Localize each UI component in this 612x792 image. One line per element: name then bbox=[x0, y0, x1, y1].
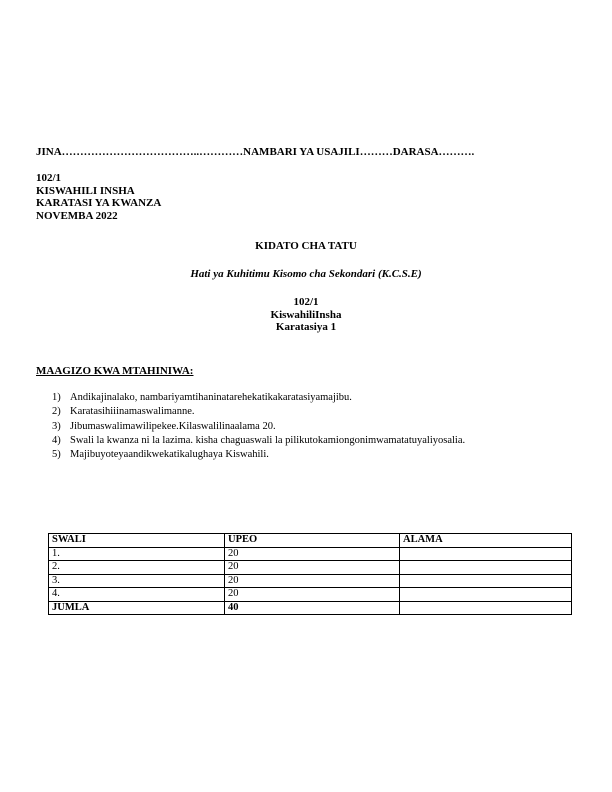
table-row: 1. 20 bbox=[49, 547, 572, 561]
instruction-number: 4) bbox=[52, 434, 70, 448]
paper-info: 102/1 KISWAHILI INSHA KARATASI YA KWANZA… bbox=[36, 172, 161, 222]
paper-number: KARATASI YA KWANZA bbox=[36, 197, 161, 210]
paper-code: 102/1 bbox=[36, 172, 161, 185]
instruction-number: 1) bbox=[52, 391, 70, 405]
cell-score bbox=[400, 547, 572, 561]
instruction-number: 3) bbox=[52, 420, 70, 434]
header-swali: SWALI bbox=[49, 534, 225, 548]
certificate-title: Hati ya Kuhitimu Kisomo cha Sekondari (K… bbox=[0, 268, 612, 280]
header-upeo: UPEO bbox=[225, 534, 400, 548]
table-header-row: SWALI UPEO ALAMA bbox=[49, 534, 572, 548]
instruction-number: 5) bbox=[52, 448, 70, 462]
instruction-text: Majibuyoteyaandikwekatikalughaya Kiswahi… bbox=[70, 448, 269, 462]
candidate-details-line: JINA………………………………..…………NAMBARI YA USAJILI… bbox=[36, 146, 474, 158]
instruction-number: 2) bbox=[52, 405, 70, 419]
instruction-item: 4) Swali la kwanza ni la lazima. kisha c… bbox=[52, 434, 465, 448]
cell-total-max: 40 bbox=[225, 601, 400, 615]
title-subject: KiswahiliInsha bbox=[0, 309, 612, 322]
instruction-item: 2) Karatasihiiinamaswalimanne. bbox=[52, 405, 465, 419]
title-code-block: 102/1 KiswahiliInsha Karatasiya 1 bbox=[0, 296, 612, 334]
cell-max: 20 bbox=[225, 574, 400, 588]
instruction-text: Andikajinalako, nambariyamtihaninatarehe… bbox=[70, 391, 352, 405]
instructions-list: 1) Andikajinalako, nambariyamtihaninatar… bbox=[52, 391, 465, 462]
cell-score bbox=[400, 574, 572, 588]
cell-score bbox=[400, 588, 572, 602]
cell-max: 20 bbox=[225, 547, 400, 561]
header-alama: ALAMA bbox=[400, 534, 572, 548]
cell-question: 2. bbox=[49, 561, 225, 575]
table-total-row: JUMLA 40 bbox=[49, 601, 572, 615]
table-row: 4. 20 bbox=[49, 588, 572, 602]
form-title: KIDATO CHA TATU bbox=[0, 240, 612, 252]
table-row: 2. 20 bbox=[49, 561, 572, 575]
instruction-item: 1) Andikajinalako, nambariyamtihaninatar… bbox=[52, 391, 465, 405]
instructions-heading: MAAGIZO KWA MTAHINIWA: bbox=[36, 365, 193, 377]
table-row: 3. 20 bbox=[49, 574, 572, 588]
cell-question: 3. bbox=[49, 574, 225, 588]
cell-total-label: JUMLA bbox=[49, 601, 225, 615]
cell-question: 4. bbox=[49, 588, 225, 602]
instruction-text: Karatasihiiinamaswalimanne. bbox=[70, 405, 195, 419]
cell-total-score bbox=[400, 601, 572, 615]
title-code: 102/1 bbox=[0, 296, 612, 309]
instruction-item: 5) Majibuyoteyaandikwekatikalughaya Kisw… bbox=[52, 448, 465, 462]
instruction-text: Swali la kwanza ni la lazima. kisha chag… bbox=[70, 434, 465, 448]
instruction-item: 3) Jibumaswalimawilipekee.Kilaswalilinaa… bbox=[52, 420, 465, 434]
instruction-text: Jibumaswalimawilipekee.Kilaswalilinaalam… bbox=[70, 420, 276, 434]
marks-table: SWALI UPEO ALAMA 1. 20 2. 20 3. 20 4. 20… bbox=[48, 533, 572, 615]
cell-max: 20 bbox=[225, 588, 400, 602]
paper-subject: KISWAHILI INSHA bbox=[36, 185, 161, 198]
cell-max: 20 bbox=[225, 561, 400, 575]
paper-date: NOVEMBA 2022 bbox=[36, 210, 161, 223]
cell-question: 1. bbox=[49, 547, 225, 561]
title-paper: Karatasiya 1 bbox=[0, 321, 612, 334]
cell-score bbox=[400, 561, 572, 575]
